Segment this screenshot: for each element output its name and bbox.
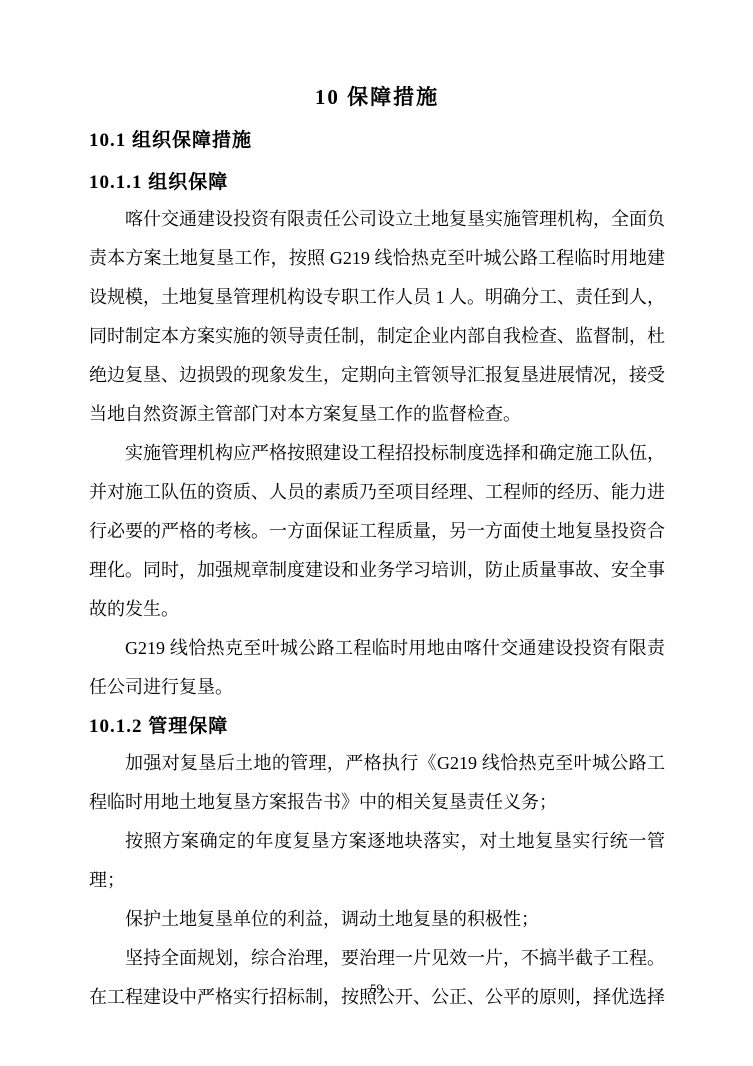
page-content: 10 保障措施 10.1 组织保障措施 10.1.1 组织保障 喀什交通建设投资…	[89, 0, 665, 1017]
page-number: 59	[0, 980, 753, 998]
paragraph: 实施管理机构应严格按照建设工程招投标制度选择和确定施工队伍，并对施工队伍的资质、…	[89, 434, 665, 629]
paragraph: 按照方案确定的年度复垦方案逐地块落实，对土地复垦实行统一管理；	[89, 822, 665, 900]
paragraph: 加强对复垦后土地的管理，严格执行《G219 线恰热克至叶城公路工程临时用地土地复…	[89, 744, 665, 822]
chapter-title: 10 保障措施	[89, 84, 665, 110]
section-heading-10-1-2: 10.1.2 管理保障	[89, 715, 665, 739]
paragraph: 喀什交通建设投资有限责任公司设立土地复垦实施管理机构，全面负责本方案土地复垦工作…	[89, 200, 665, 434]
document-page: 10 保障措施 10.1 组织保障措施 10.1.1 组织保障 喀什交通建设投资…	[0, 0, 753, 1066]
paragraph: G219 线恰热克至叶城公路工程临时用地由喀什交通建设投资有限责任公司进行复垦。	[89, 629, 665, 707]
paragraph: 坚持全面规划，综合治理，要治理一片见效一片，不搞半截子工程。在工程建设中严格实行…	[89, 939, 665, 1017]
section-heading-10-1: 10.1 组织保障措施	[89, 129, 665, 153]
paragraph: 保护土地复垦单位的利益，调动土地复垦的积极性；	[89, 900, 665, 939]
section-heading-10-1-1: 10.1.1 组织保障	[89, 171, 665, 195]
